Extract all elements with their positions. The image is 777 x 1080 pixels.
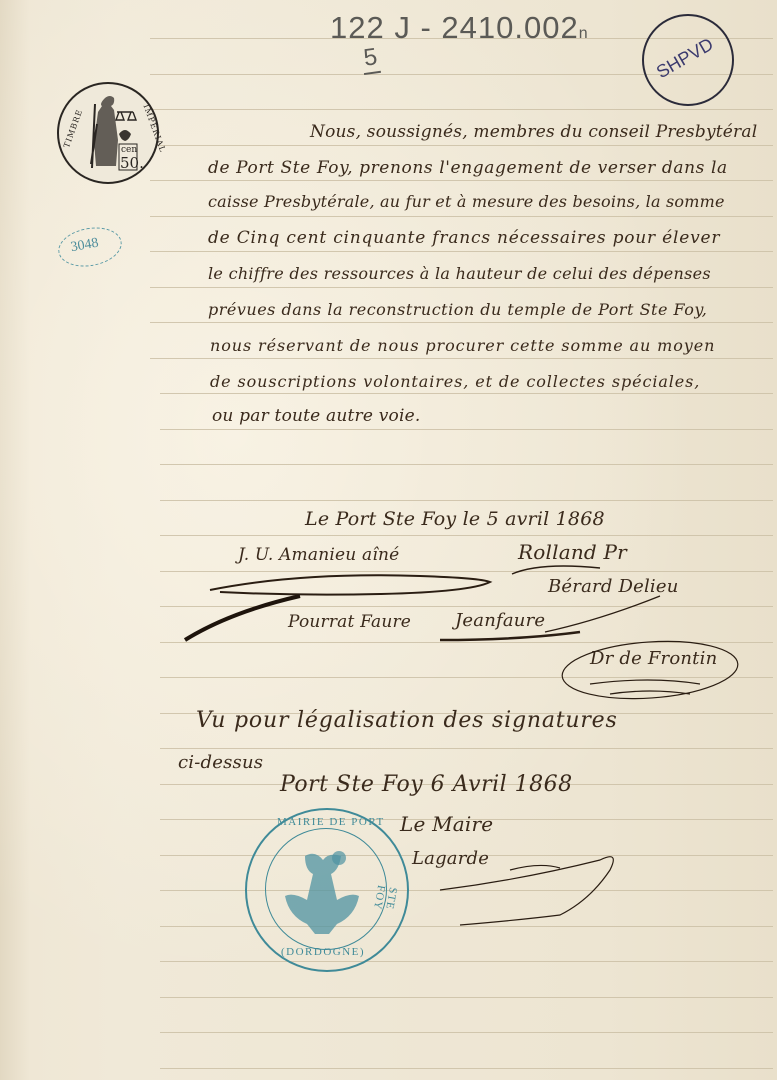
- eagle-icon: [245, 808, 405, 968]
- mairie-seal: MAIRIE DE PORT STE FOY (DORDOGNE): [245, 808, 409, 972]
